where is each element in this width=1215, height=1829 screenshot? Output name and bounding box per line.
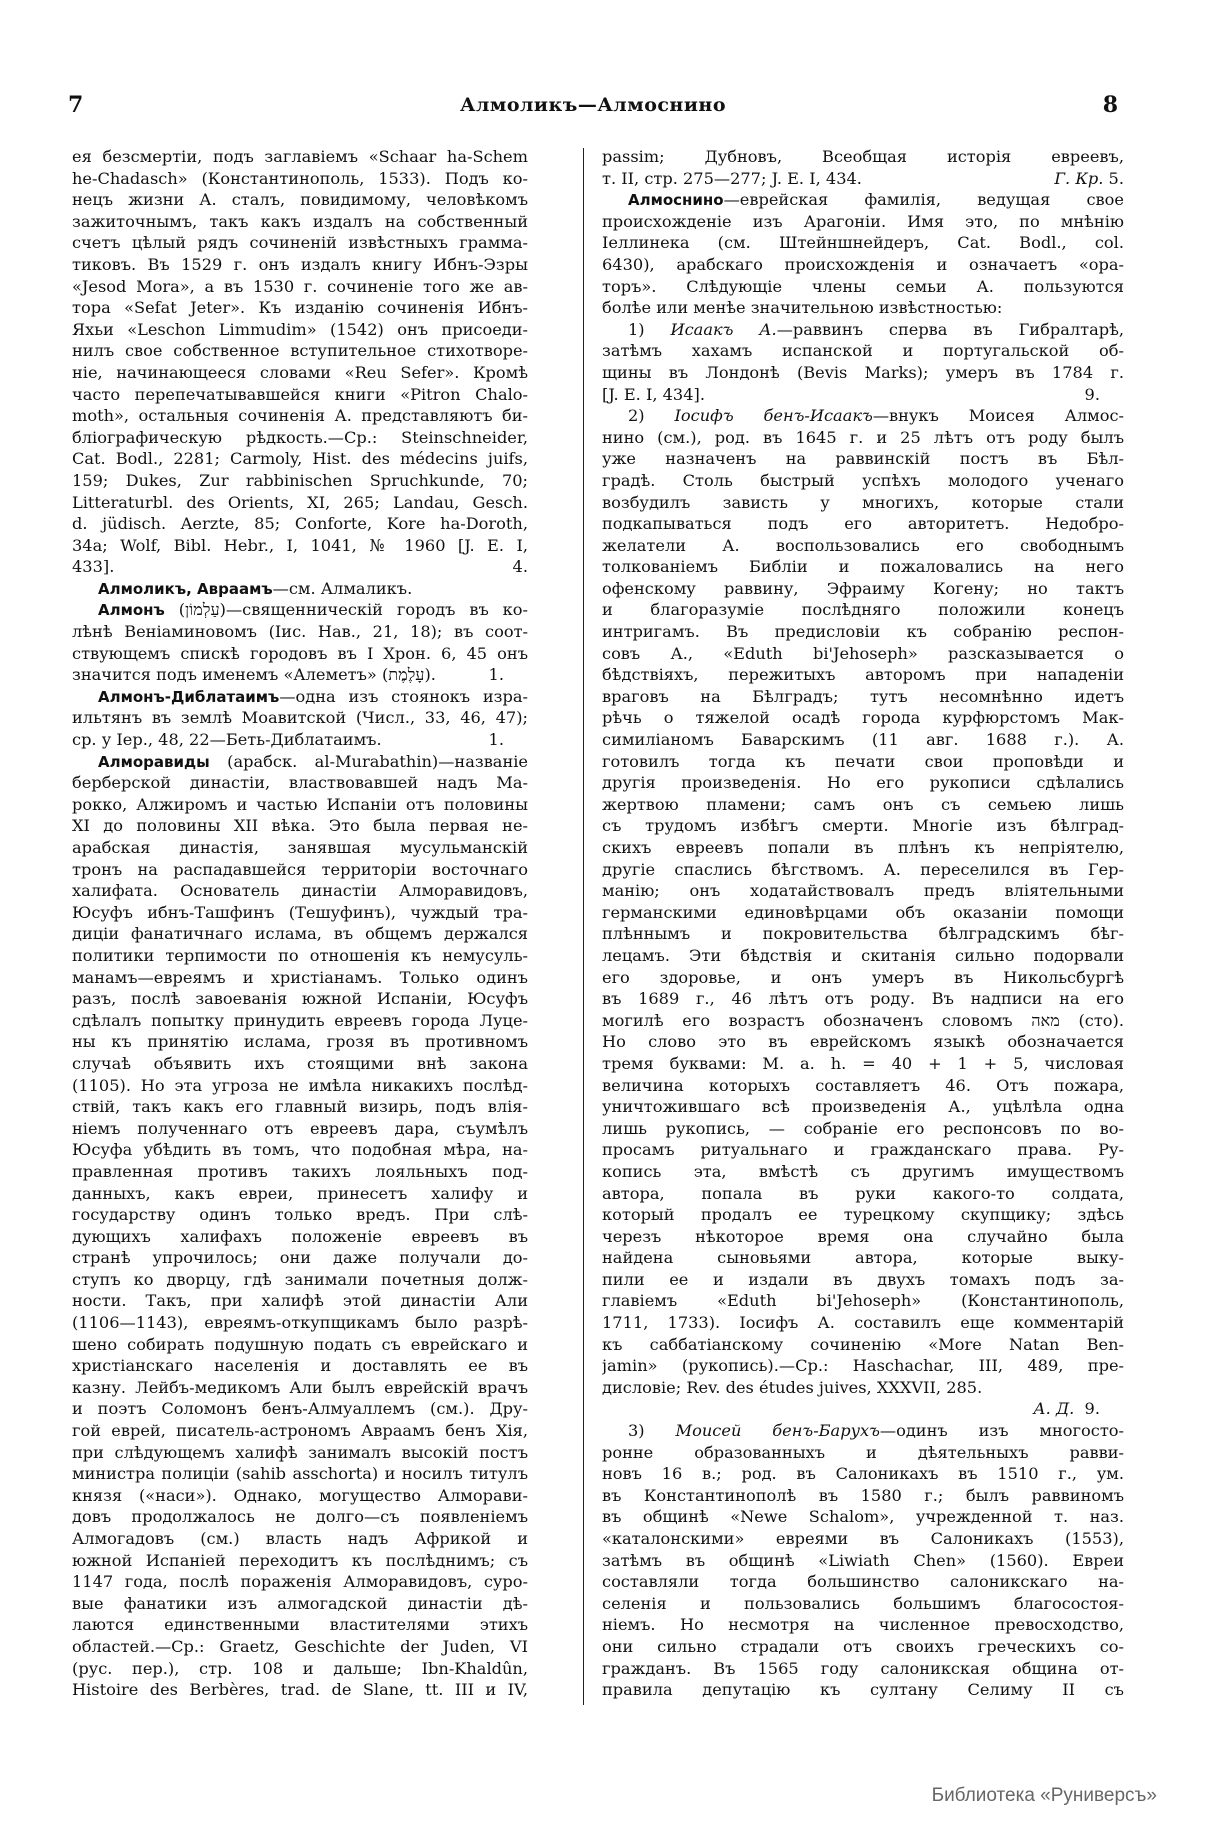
text-line: 1711, 1733). Іосифъ А. составилъ еще ком… [602,1312,1124,1334]
library-watermark: Библиотека «Руниверсъ» [932,1785,1157,1807]
text-line: гой еврей, писатель-астрономъ Авраамъ бе… [72,1420,528,1442]
text-line: министра полиціи (sahib asschorta) и нос… [72,1463,528,1485]
text-line: странѣ упрочилось; они даже получали до- [72,1247,528,1269]
subentry-name: Моисей бенъ-Барухъ [676,1421,880,1440]
text-line: съ трудомъ избѣгъ смерти. Многіе изъ бѣл… [602,815,1124,837]
text-line: ступъ ко дворцу, гдѣ занимали почетныя д… [72,1269,528,1291]
text-line: автора, попала въ руки какого-то солдата… [602,1183,1124,1205]
text-line: происхожденіе изъ Арагоніи. Имя это, по … [602,211,1124,233]
text-line: христіанскаго населенія и доставлять ее … [72,1355,528,1377]
entry-almon: Алмонъ (עַלְמוֹן)—священническій городъ … [72,599,528,621]
text-line: берберской династіи, властвовавшей надъ … [72,772,528,794]
text-line: въ общинѣ «Newe Schalom», учрежденной т.… [602,1506,1124,1528]
text-line: щины въ Лондонѣ (Bevis Marks); умеръ въ … [602,362,1124,384]
text-line: который продалъ ее турецкому скупщику; з… [602,1204,1124,1226]
text-line: бліографическую рѣдкость.—Ср.: Steinschn… [72,427,528,449]
text-line: князя («наси»). Однако, могущество Алмор… [72,1485,528,1507]
entry-continuation: passim; Дубновъ, Всеобщая исторія евреев… [602,146,1124,168]
text-line: бѣдствіяхъ, пережитыхъ авторомъ при напа… [602,664,1124,686]
text-line: passim; Дубновъ, Всеобщая исторія евреев… [602,146,1124,168]
text-line: тиковъ. Въ 1529 г. онъ издалъ книгу Ибнъ… [72,254,528,276]
text-line: разъ, послѣ завоеванія южной Испаніи, Юс… [72,988,528,1010]
author-mark: 9. [1085,384,1124,406]
text-line: jamin» (рукопись).—Ср.: Haschachar, III,… [602,1355,1124,1377]
running-title: Алмоликъ—Алмоснино [68,94,1118,116]
entry-continuation: ея безсмертіи, подъ заглавіемъ «Schaar h… [72,146,528,556]
headword: Алморавиды [98,753,210,771]
subentry-1: 1) Исаакъ А.—раввинъ сперва въ Гибралтар… [602,319,1124,341]
left-column: ея безсмертіи, подъ заглавіемъ «Schaar h… [72,146,528,1701]
text-line: южной Испаніей переходитъ къ послѣднимъ;… [72,1550,528,1572]
text-line: moth», остальныя сочиненія А. представля… [72,405,528,427]
entry-almosnino: Алмоснино—еврейская фамилія, ведущая сво… [602,189,1124,211]
text-line: Алмогадовъ (см.) власть надъ Африкой и [72,1528,528,1550]
entry-almoravids: Алморавиды (арабск. al-Murabathin)—назва… [72,751,528,773]
text-line: Cat. Bodl., 2281; Carmoly, Hist. des méd… [72,448,528,470]
text-line: вые фанатики изъ алмогадской династіи дѣ… [72,1593,528,1615]
text-line: Юсуфа убѣдить въ томъ, что подобная мѣра… [72,1139,528,1161]
text-line: ствій, такъ какъ его главный визирь, под… [72,1096,528,1118]
text-line: Но слово это въ еврейскомъ языкѣ обознач… [602,1031,1124,1053]
subentry-1-last: [J. E. I, 434]. 9. [602,384,1124,406]
text-line: просамъ ритуальнаго и гражданскаго права… [602,1139,1124,1161]
text-line: въ 1689 г., 46 лѣтъ отъ роду. Въ надписи… [602,988,1124,1010]
text-line: при слѣдующемъ халифѣ занималъ высокій п… [72,1442,528,1464]
text-line: ніемъ полученнаго отъ евреевъ дара, съум… [72,1118,528,1140]
text-line: сдѣлалъ попытку принудить евреевъ города… [72,1010,528,1032]
subentry-2-body: нино (см.), род. въ 1645 г. и 25 лѣтъ от… [602,427,1124,1377]
page-number-right: 8 [1103,92,1118,118]
text-line: новъ 16 в.; род. въ Салоникахъ въ 1510 г… [602,1463,1124,1485]
column-divider [583,148,584,1705]
text-line: другія произведенія. Но его рукописи сдѣ… [602,772,1124,794]
right-column: passim; Дубновъ, Всеобщая исторія евреев… [602,146,1124,1701]
text-line: Юсуфъ ибнъ-Ташфинъ (Тешуфинъ), чуждый тр… [72,902,528,924]
text-line: дующихъ халифахъ положеніе евреевъ въ [72,1226,528,1248]
entry-almon-diblataim-body: ильтянъ въ землѣ Моавитской (Числ., 33, … [72,707,528,729]
subentry-3: 3) Моисей бенъ-Барухъ—одинъ изъ многосто… [602,1420,1124,1442]
text-line: затѣмъ хахамъ испанской и португальской … [602,340,1124,362]
text-line: готовилъ тогда къ печати свои проповѣди … [602,751,1124,773]
entry-end-line: т. II, стр. 275—277; J. E. I, 434. Г. Кр… [602,168,1124,190]
text-line: составляли тогда большинство салоникскаг… [602,1571,1124,1593]
entry-almon-diblataim: Алмонъ-Диблатаимъ—одна изъ стоянокъ изра… [72,686,528,708]
text-line: тремя буквами: M. a. h. = 40 + 1 + 5, чи… [602,1053,1124,1075]
text-line: гражданъ. Въ 1565 году салоникская общин… [602,1658,1124,1680]
text-line: ронне образованныхъ и дѣятельныхъ равви- [602,1442,1124,1464]
text-line: ніе, начинающееся словами «Reu Sefer». К… [72,362,528,384]
text-line: «каталонскими» евреями въ Салоникахъ (15… [602,1528,1124,1550]
text-line: копись эта, вмѣстѣ съ другимъ имуществом… [602,1161,1124,1183]
text-line: манію; онъ ходатайствовалъ предъ вліятел… [602,880,1124,902]
subentry-name: Іосифъ бенъ-Исаакъ [675,406,873,425]
text-line: симиліаномъ Баварскимъ (11 авг. 1688 г.)… [602,729,1124,751]
entry-almolik: Алмоликъ, Авраамъ—см. Алмаликъ. [72,578,528,600]
text-line: «Jesod Mora», а въ 1530 г. сочиненіе тог… [72,276,528,298]
text-line: ности. Такъ, при халифѣ этой династіи Ал… [72,1290,528,1312]
text-line: градѣ. Столь быстрый успѣхъ молодого уче… [602,470,1124,492]
text-line: торъ». Слѣдующіе члены семьи А. пользуют… [602,276,1124,298]
subentry-1-body: затѣмъ хахамъ испанской и португальской … [602,340,1124,383]
text-line: лецамъ. Эти бѣдствія и скитанія сильно п… [602,945,1124,967]
text-line: и поэтъ Соломонъ бенъ-Алмуаллемъ (см.). … [72,1398,528,1420]
text-line: враговъ на Бѣлградъ; тутъ несомнѣнно иде… [602,686,1124,708]
headword: Алмонъ [98,601,165,619]
text-line: данныхъ, какъ евреи, принесетъ халифу и [72,1183,528,1205]
text-line: германскими единовѣрцами объ оказаніи по… [602,902,1124,924]
text-line: d. jüdisch. Aerzte, 85; Conforte, Kore h… [72,513,528,535]
text-line: нино (см.), род. въ 1645 г. и 25 лѣтъ от… [602,427,1124,449]
text-line: селенія и пользовались большимъ благосос… [602,1593,1124,1615]
text-line: (1106—1143), евреямъ-откупщикамъ было ра… [72,1312,528,1334]
author-signature: А. Д. [1033,1399,1074,1418]
text-line: зажиточнымъ, такъ какъ издалъ на собстве… [72,211,528,233]
text-line: они сильно страдали отъ своихъ греческих… [602,1636,1124,1658]
subentry-3-body: ронне образованныхъ и дѣятельныхъ равви-… [602,1442,1124,1701]
text-line: тронъ на распадавшейся территоріи восточ… [72,859,528,881]
text-line: плѣннымъ и покровительства бѣлградскимъ … [602,923,1124,945]
text-line: главіемъ «Eduth bi'Jehoseph» (Константин… [602,1290,1124,1312]
text-line: офенскому раввину, Эфраиму Когену; но та… [602,578,1124,600]
author-signature: Г. Кр. [1054,169,1103,188]
text-line: затѣмъ въ общинѣ «Liwiath Chen» (1560). … [602,1550,1124,1572]
text-line: 1147 года, послѣ пораженія Алморавидовъ,… [72,1571,528,1593]
text-line: довъ продолжалось не долго—съ появленіем… [72,1506,528,1528]
text-line: политики терпимости по отношенія къ нему… [72,945,528,967]
author-mark: 5. [1109,169,1124,188]
author-mark: 9. [1085,1399,1100,1418]
text-line: къ саббатіанскому сочиненію «More Natan … [602,1334,1124,1356]
text-line: совъ А., «Eduth bi'Jehoseph» разсказывае… [602,643,1124,665]
text-line: Яхьи «Leschon Limmudim» (1542) онъ присо… [72,319,528,341]
text-line: лѣнѣ Веніаминовомъ (Іис. Нав., 21, 18); … [72,621,528,643]
text-line: случаѣ объявить ихъ стоящими внѣ закона [72,1053,528,1075]
text-line: найдена сыновьями автора, которые выку- [602,1247,1124,1269]
entry-almosnino-body: происхожденіе изъ Арагоніи. Имя это, по … [602,211,1124,297]
text-line: величина которыхъ составляетъ 46. Отъ по… [602,1075,1124,1097]
text-line: Litteraturbl. des Orients, XI, 265; Land… [72,492,528,514]
text-line: жертвою пламени; самъ онъ съ семьею лишь [602,794,1124,816]
text-line: правленная противъ такихъ лояльныхъ под- [72,1161,528,1183]
text-line: халифата. Основатель династіи Алморавидо… [72,880,528,902]
entry-almosnino-last: болѣе или менѣе значительною извѣстность… [602,297,1124,319]
text-line: пили ее и издали въ двухъ томахъ подъ за… [602,1269,1124,1291]
text-line: и благоразуміе послѣдняго положили конец… [602,599,1124,621]
text-line: ильтянъ въ землѣ Моавитской (Числ., 33, … [72,707,528,729]
text-line: правила депутацію къ султану Селиму II с… [602,1679,1124,1701]
text-line: ніемъ. Но несмотря на численное превосхо… [602,1614,1124,1636]
text-line: въ Константинополѣ въ 1580 г.; былъ равв… [602,1485,1124,1507]
text-line: нилъ свое собственное вступительное стих… [72,340,528,362]
text-line: 34a; Wolf, Bibl. Hebr., I, 1041, № 1960 … [72,535,528,557]
text-line: черезъ нѣкоторое время она случайно была [602,1226,1124,1248]
headword: Алмоснино [628,191,724,209]
text-line: государству одинъ только вредъ. При слѣ- [72,1204,528,1226]
text-line: интригамъ. Въ предисловіи къ собранію ре… [602,621,1124,643]
entry-almon-last: значится подъ именемъ «Алеметъ» (עָלֶמֶת… [72,664,528,686]
text-line: возбудилъ зависть у многихъ, которые ста… [602,492,1124,514]
signature-line: А. Д. 9. [602,1398,1124,1420]
subentry-2-last: дисловіе; Rev. des études juives, XXXVII… [602,1377,1124,1399]
text-line: лаются единственными властителями этихъ [72,1614,528,1636]
text-line: его здоровье, и онъ умеръ въ Никольсбург… [602,967,1124,989]
text-line: рѣчь о тяжелой осадѣ города курфюрстомъ … [602,707,1124,729]
text-line: часто перепечатывавшейся книги «Pitron C… [72,384,528,406]
text-line: Іеллинека (см. Штейншнейдеръ, Cat. Bodl.… [602,232,1124,254]
text-line: ея безсмертіи, подъ заглавіемъ «Schaar h… [72,146,528,168]
text-line: нецъ жизни А. сталъ, повидимому, человѣк… [72,189,528,211]
entry-almon-body: лѣнѣ Веніаминовомъ (Іис. Нав., 21, 18); … [72,621,528,664]
text-line: толкованіемъ Библіи и пожаловались на не… [602,556,1124,578]
text-line: (1105). Но эта угроза не имѣла никакихъ … [72,1075,528,1097]
headword: Алмоликъ, Авраамъ [98,580,273,598]
text-line: 6430), арабскаго происхожденія и означае… [602,254,1124,276]
text-line: (рус. пер.), стр. 108 и дальше; Ibn-Khal… [72,1658,528,1680]
text-line: уничтожившаго всѣ произведенія А., уцѣлѣ… [602,1096,1124,1118]
entry-end-line: 433]. 4. [72,556,528,578]
entry-almoravids-body: берберской династіи, властвовавшей надъ … [72,772,528,1701]
text-line: манамъ—евреямъ и христіанамъ. Только оди… [72,967,528,989]
entry-almon-diblataim-last: ср. у Іер., 48, 22—Беть-Диблатаимъ. 1. [72,729,528,751]
text-line: уже назначенъ на раввинскій постъ въ Бѣл… [602,448,1124,470]
text-line: желатели А. воспользовались его свободны… [602,535,1124,557]
text-line: he-Chadasch» (Константинополь, 1533). По… [72,168,528,190]
text-line: казну. Лейбъ-медикомъ Али былъ еврейскій… [72,1377,528,1399]
text-line: ствующемъ спискѣ городовъ въ I Хрон. 6, … [72,643,528,665]
text-line: диціи фанатичнаго ислама, въ общемъ держ… [72,923,528,945]
text-line: могилѣ его возрастъ обозначенъ словомъ מ… [602,1010,1124,1032]
text-line: счетъ цѣлый рядъ сочиненій извѣстныхъ гр… [72,232,528,254]
text-line: лишь рукопись, — собраніе его респонсовъ… [602,1118,1124,1140]
author-mark: 1. [489,664,528,686]
subentry-name: Исаакъ А. [671,320,777,339]
text-line: 159; Dukes, Zur rabbinischen Spruchkunde… [72,470,528,492]
author-mark: 1. [489,729,528,751]
subentry-2: 2) Іосифъ бенъ-Исаакъ—внукъ Моисея Алмос… [602,405,1124,427]
text-line: XI до половины XII вѣка. Это была первая… [72,815,528,837]
text-line: рокко, Алжиромъ и частью Испаніи отъ пол… [72,794,528,816]
page-header: 7 Алмоликъ—Алмоснино 8 [68,92,1118,122]
text-line: скихъ евреевъ попали въ плѣнъ къ непріят… [602,837,1124,859]
author-mark: 4. [513,556,528,578]
text-line: арабская династія, занявшая мусульманскі… [72,837,528,859]
text-line: ны къ принятію ислама, грозя въ противно… [72,1031,528,1053]
text-line: подкапываться подъ его авторитетъ. Недоб… [602,513,1124,535]
text-line: шено собирать подушную подать съ еврейск… [72,1334,528,1356]
text-line: другіе спаслись бѣгствомъ. А. переселилс… [602,859,1124,881]
text-line: Histoire des Berbères, trad. de Slane, t… [72,1679,528,1701]
headword: Алмонъ-Диблатаимъ [98,688,279,706]
text-line: тора «Sefat Jeter». Къ изданію сочиненія… [72,297,528,319]
text-line: областей.—Ср.: Graetz, Geschichte der Ju… [72,1636,528,1658]
